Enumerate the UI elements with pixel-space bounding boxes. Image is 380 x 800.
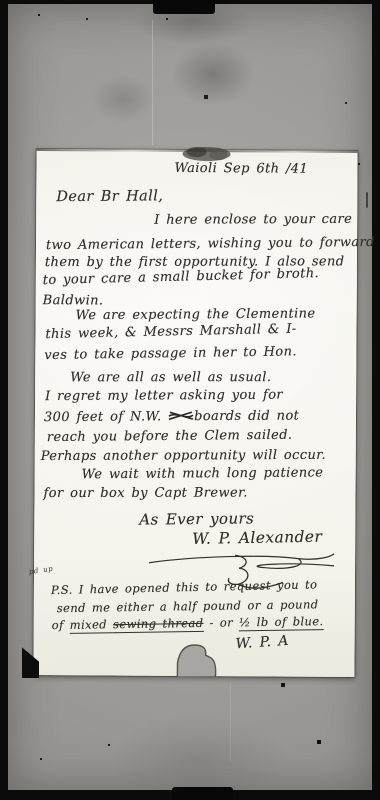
handwriting-line: I here enclose to your care <box>154 212 352 228</box>
handwriting-line: I regret my letter asking you for <box>45 388 283 404</box>
postscript-struck-text: sewing thread <box>113 616 204 633</box>
handwriting-segment: boards did not <box>194 409 299 425</box>
handwriting-line: We wait with much long patience <box>82 465 324 482</box>
scanned-letter-photo: Waioli Sep 6th /41 Dear Br Hall, I here … <box>0 0 380 800</box>
postscript-underlined: mixed <box>70 617 114 634</box>
postscript-initials: W. P. A <box>235 633 289 652</box>
closing: As Ever yours <box>139 509 254 528</box>
scratch-mark <box>366 192 368 208</box>
film-notch-bottom <box>172 787 233 800</box>
postscript-underlined: ½ lb of blue. <box>239 614 324 631</box>
scribble-mark <box>168 409 194 422</box>
scratch-mark <box>230 684 231 762</box>
letter-paper: Waioli Sep 6th /41 Dear Br Hall, I here … <box>33 149 357 677</box>
handwriting-line: two American letters, wishing you to for… <box>46 235 375 253</box>
handwriting-line: this week, & Messrs Marshall & I- <box>45 322 297 342</box>
handwriting-line: Baldwin. <box>43 293 104 308</box>
handwriting-line: ves to take passage in her to Hon. <box>44 344 297 363</box>
signature: W. P. Alexander <box>192 528 322 548</box>
marginal-note: pd up <box>28 565 53 576</box>
handwriting-line: reach you before the Clem sailed. <box>47 428 293 445</box>
scratch-mark <box>152 20 153 145</box>
salutation: Dear Br Hall, <box>56 188 163 205</box>
dust-specks <box>0 0 2 2</box>
handwriting-line: 300 feet of N.W. boards did not <box>44 409 299 426</box>
postscript-segment: - or <box>203 615 239 630</box>
postscript-line: P.S. I have opened this to request you t… <box>51 577 318 597</box>
postscript-line: send me either a half pound or a pound <box>57 597 319 615</box>
handwriting-line: Perhaps another opportunity will occur. <box>41 448 326 464</box>
dateline: Waioli Sep 6th /41 <box>174 161 308 177</box>
handwriting-line: for our box by Capt Brewer. <box>43 486 247 502</box>
postscript-line: of mixed sewing thread - or ½ lb of blue… <box>52 614 324 632</box>
handwriting-line: We are all as well as usual. <box>70 370 271 385</box>
postscript-segment: of <box>52 618 70 632</box>
film-notch-top <box>153 0 215 14</box>
paper-tear-notch <box>174 643 224 677</box>
handwriting-line: We are expecting the Clementine <box>76 306 316 323</box>
handwriting-segment: 300 feet of N.W. <box>44 409 168 425</box>
